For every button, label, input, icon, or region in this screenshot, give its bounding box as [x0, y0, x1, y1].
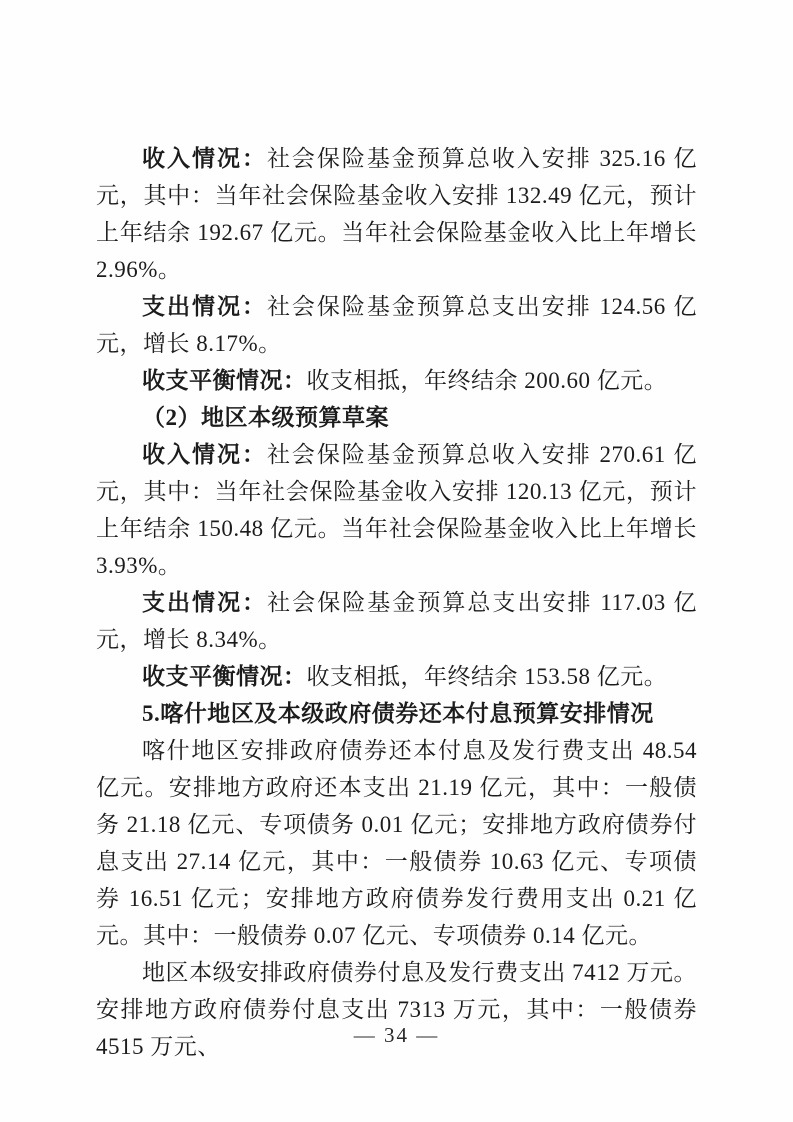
para-lead: 支出情况： — [142, 590, 267, 615]
para-balance-overall: 收支平衡情况：收支相抵，年终结余 200.60 亿元。 — [96, 362, 697, 399]
para-lead: 收入情况： — [142, 146, 267, 171]
para-text: 收支相抵，年终结余 200.60 亿元。 — [307, 368, 668, 393]
para-expenditure-prefecture-level: 支出情况：社会保险基金预算总支出安排 117.03 亿元，增长 8.34%。 — [96, 584, 697, 658]
document-body: 收入情况：社会保险基金预算总收入安排 325.16 亿元，其中：当年社会保险基金… — [96, 140, 697, 1065]
para-lead: 收支平衡情况： — [142, 664, 307, 689]
para-text: 收支相抵，年终结余 153.58 亿元。 — [307, 664, 668, 689]
para-income-overall: 收入情况：社会保险基金预算总收入安排 325.16 亿元，其中：当年社会保险基金… — [96, 140, 697, 288]
para-lead: 收支平衡情况： — [142, 368, 307, 393]
para-expenditure-overall: 支出情况：社会保险基金预算总支出安排 124.56 亿元，增长 8.17%。 — [96, 288, 697, 362]
para-income-prefecture-level: 收入情况：社会保险基金预算总收入安排 270.61 亿元，其中：当年社会保险基金… — [96, 436, 697, 584]
para-balance-prefecture-level: 收支平衡情况：收支相抵，年终结余 153.58 亿元。 — [96, 658, 697, 695]
heading-debt-service-budget: 5.喀什地区及本级政府债券还本付息预算安排情况 — [96, 695, 697, 732]
page-footer: — 34 — — [0, 1021, 793, 1049]
para-debt-service-prefecture: 喀什地区安排政府债券还本付息及发行费支出 48.54 亿元。安排地方政府还本支出… — [96, 732, 697, 954]
para-lead: 支出情况： — [142, 294, 267, 319]
document-page: 收入情况：社会保险基金预算总收入安排 325.16 亿元，其中：当年社会保险基金… — [0, 0, 793, 1122]
para-lead: 收入情况： — [142, 442, 267, 467]
heading-prefecture-level-budget-draft: （2）地区本级预算草案 — [96, 399, 697, 436]
page-number-label: — 34 — — [354, 1023, 440, 1047]
